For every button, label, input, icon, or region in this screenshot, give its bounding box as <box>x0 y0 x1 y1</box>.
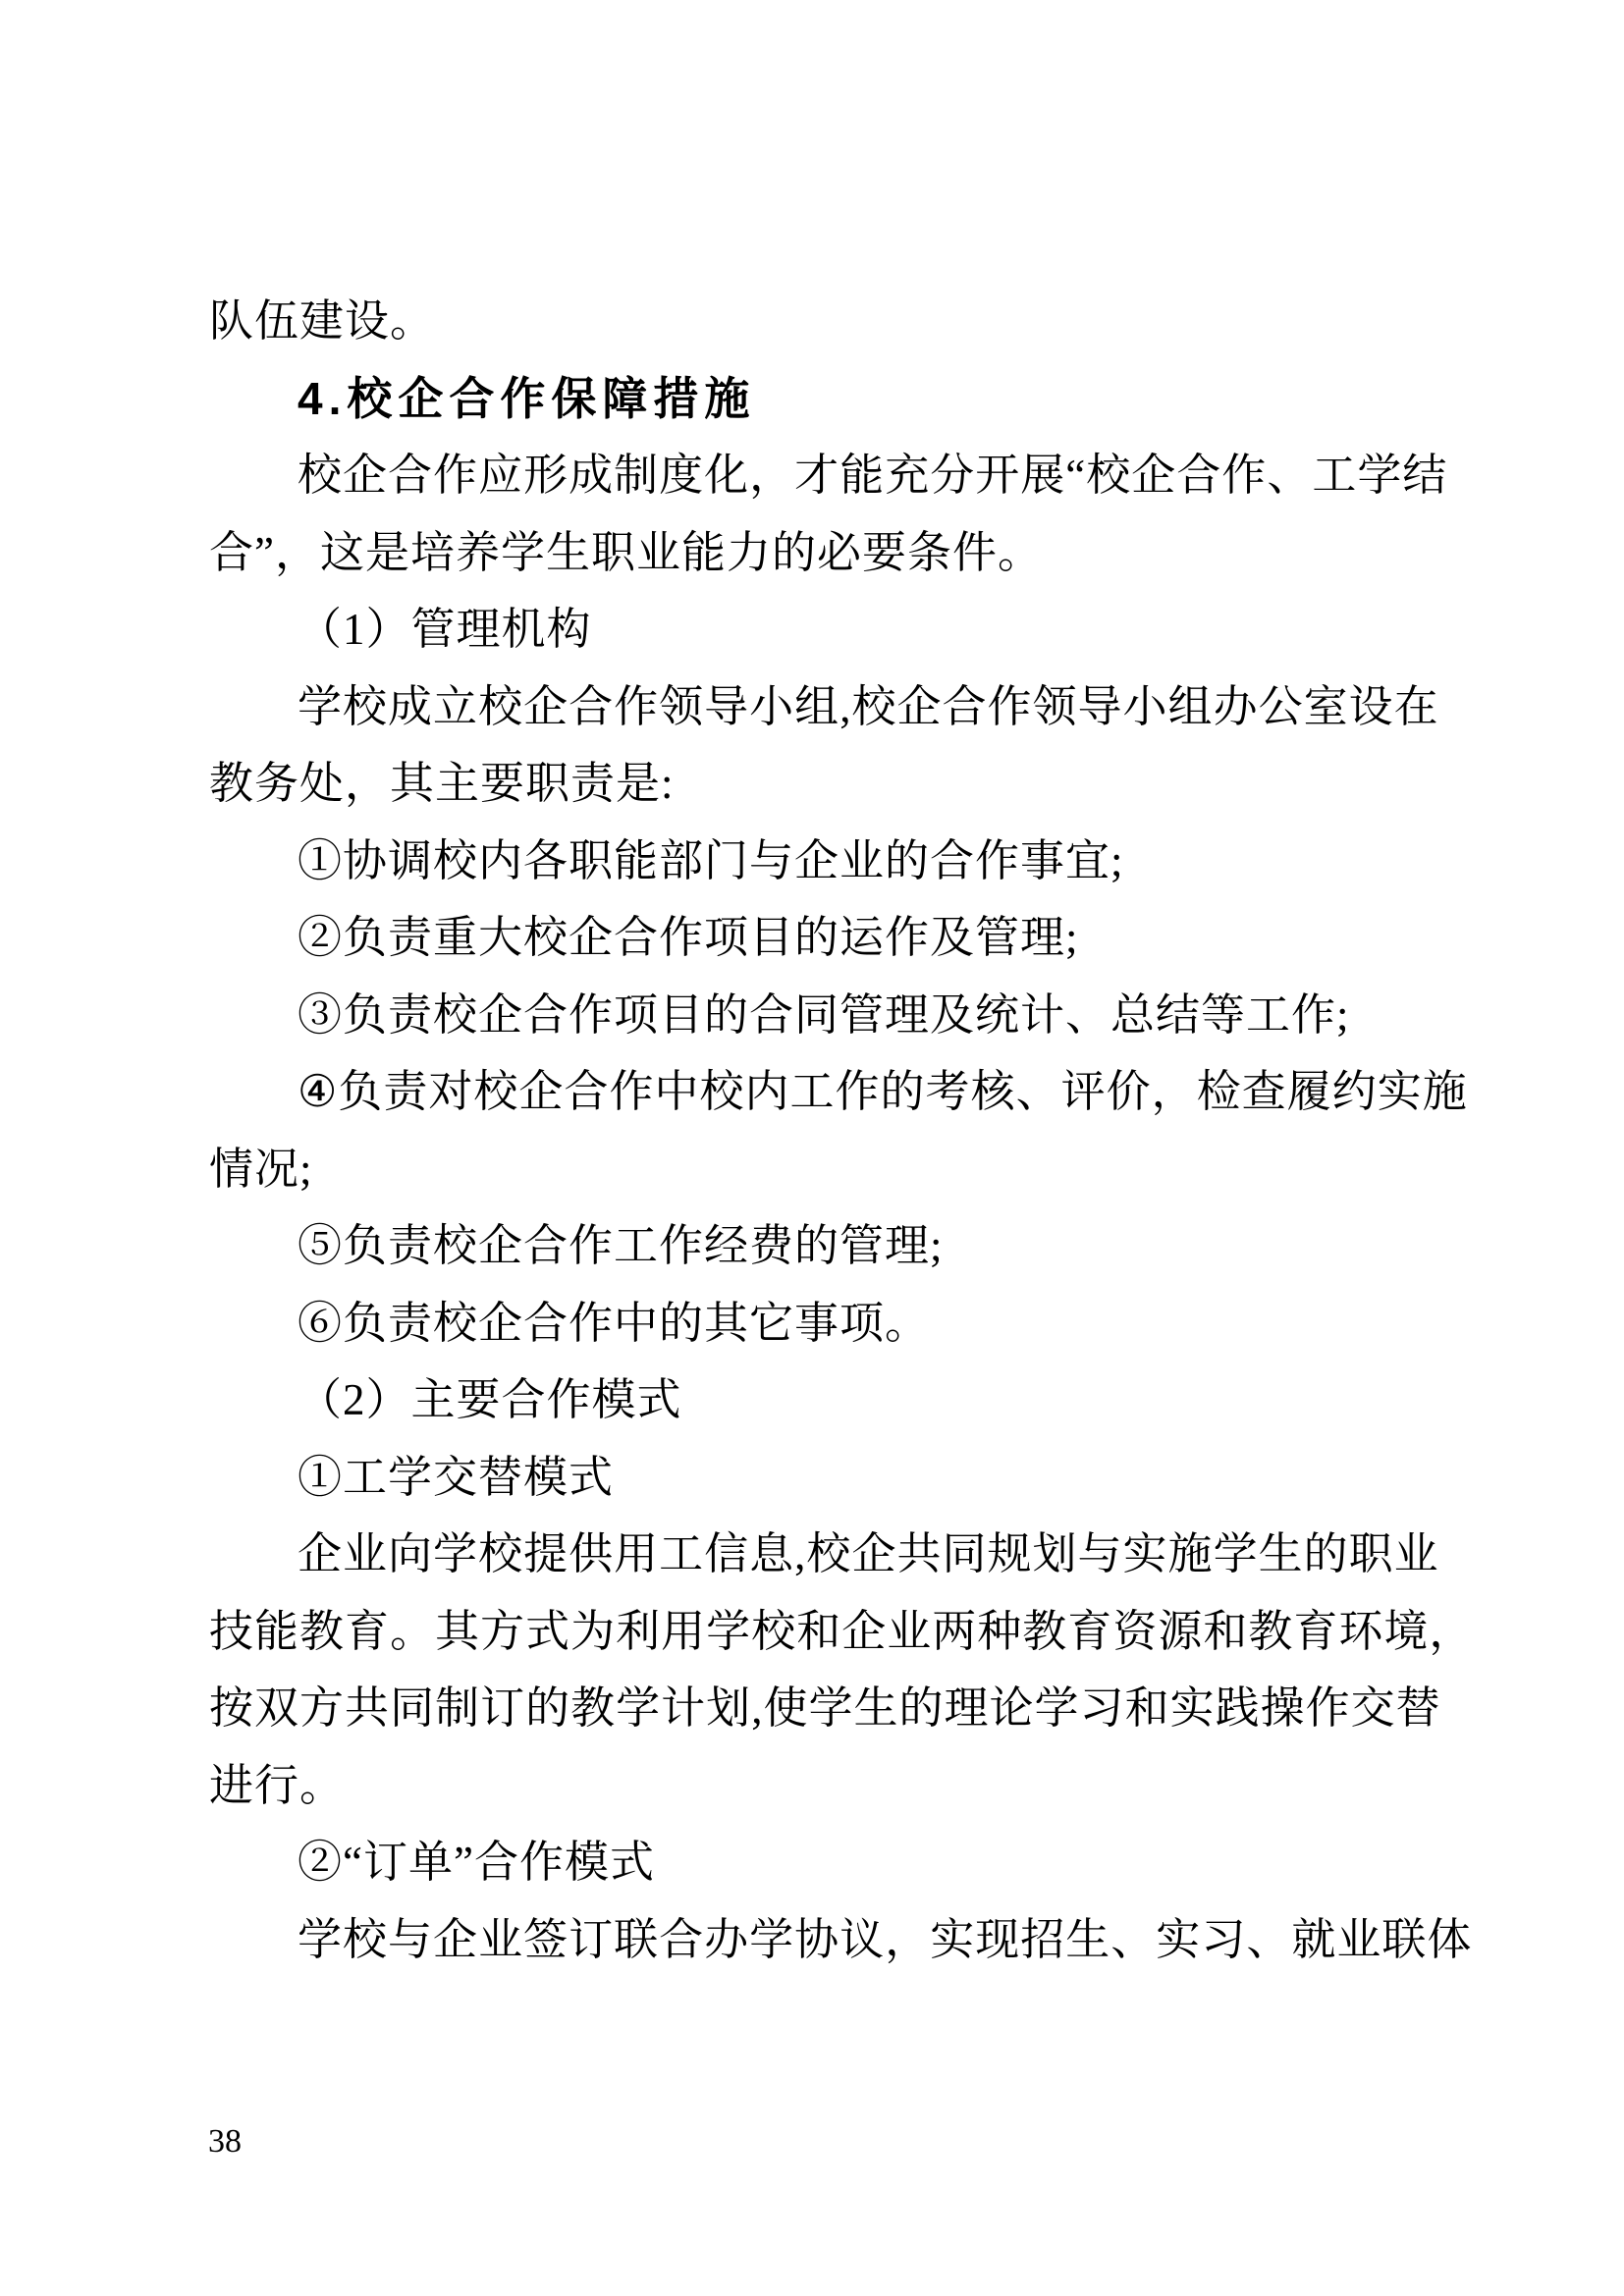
glyph: 合 <box>564 1053 609 1131</box>
glyph: ④ <box>298 1053 338 1131</box>
glyph: 和 <box>796 1593 841 1671</box>
glyph: 分 <box>930 437 975 514</box>
glyph: 教 <box>299 1593 345 1671</box>
glyph: 合 <box>568 668 614 746</box>
glyph: 导 <box>1078 668 1123 746</box>
glyph: 企 <box>518 1053 564 1131</box>
glyph: 实 <box>930 1901 975 1979</box>
glyph: 业 <box>478 1901 523 1979</box>
glyph: 现 <box>975 1901 1020 1979</box>
glyph: 制 <box>435 1670 480 1747</box>
glyph: 校 <box>851 668 896 746</box>
glyph: 按 <box>209 1670 254 1747</box>
glyph: 、 <box>1110 1901 1156 1979</box>
glyph: 签 <box>523 1901 568 1979</box>
glyph: 与 <box>388 1901 433 1979</box>
glyph: 、 <box>1267 437 1312 514</box>
glyph: 查 <box>1242 1053 1287 1131</box>
text-line: ⑥负责校企合作中的其它事项。 <box>209 1285 1411 1362</box>
glyph: 业 <box>343 1516 388 1593</box>
glyph: 的 <box>1304 1516 1349 1593</box>
glyph: 作 <box>987 668 1032 746</box>
glyph: 立 <box>433 668 478 746</box>
text-line: 学校成立校企合作领导小组,校企合作领导小组办公室设在 <box>209 668 1411 746</box>
glyph: 度 <box>659 437 704 514</box>
glyph: 、 <box>1016 1053 1061 1131</box>
glyph: 就 <box>1291 1901 1336 1979</box>
glyph: 成 <box>568 437 614 514</box>
glyph: 校 <box>806 1516 851 1593</box>
glyph: 施 <box>1168 1516 1214 1593</box>
glyph: 企 <box>896 668 942 746</box>
glyph: 信 <box>704 1516 749 1593</box>
text-line: 按双方共同制订的教学计划,使学生的理论学习和实践操作交替 <box>209 1670 1411 1747</box>
glyph: 领 <box>1033 668 1078 746</box>
glyph: 施 <box>1423 1053 1468 1131</box>
glyph: 业 <box>1394 1516 1439 1593</box>
glyph: 议 <box>839 1901 885 1979</box>
glyph: 合 <box>659 1901 704 1979</box>
glyph: 教 <box>1022 1593 1067 1671</box>
glyph: 提 <box>523 1516 568 1593</box>
glyph: 方 <box>299 1670 345 1747</box>
glyph: 校 <box>298 437 343 514</box>
text-line: ①协调校内各职能部门与企业的合作事宜; <box>209 823 1411 900</box>
glyph: 导 <box>704 668 749 746</box>
glyph: 公 <box>1259 668 1304 746</box>
glyph: 种 <box>977 1593 1022 1671</box>
glyph: 校 <box>343 668 388 746</box>
glyph: 作 <box>1306 1670 1351 1747</box>
glyph: 交 <box>1351 1670 1396 1747</box>
glyph: 校 <box>478 1516 523 1593</box>
document-page: 队伍建设。4.校企合作保障措施校企合作应形成制度化，才能充分开展“校企合作、工学… <box>0 0 1624 2296</box>
text-line: （1）管理机构 <box>209 591 1411 668</box>
glyph: 习 <box>1080 1670 1125 1747</box>
glyph: 企 <box>1131 437 1176 514</box>
glyph: ， <box>885 1901 930 1979</box>
glyph: 实 <box>1123 1516 1168 1593</box>
glyph: 学 <box>298 668 343 746</box>
glyph: 对 <box>428 1053 473 1131</box>
glyph: 小 <box>1123 668 1168 746</box>
glyph: ， <box>1152 1053 1197 1131</box>
glyph: 组 <box>794 668 839 746</box>
glyph: 办 <box>1214 668 1259 746</box>
text-block: 队伍建设。4.校企合作保障措施校企合作应形成制度化，才能充分开展“校企合作、工学… <box>209 283 1411 1978</box>
glyph: 、 <box>1246 1901 1291 1979</box>
glyph: 合 <box>1176 437 1221 514</box>
text-line: （2）主要合作模式 <box>209 1362 1411 1439</box>
glyph: 小 <box>749 668 794 746</box>
glyph: 生 <box>1065 1901 1110 1979</box>
glyph: 生 <box>853 1670 898 1747</box>
glyph: 充 <box>885 437 930 514</box>
glyph: 核 <box>971 1053 1016 1131</box>
glyph: 负 <box>338 1053 383 1131</box>
glyph: 工 <box>1312 437 1357 514</box>
glyph: 教 <box>570 1670 616 1747</box>
glyph: 形 <box>523 437 568 514</box>
glyph: 息 <box>749 1516 794 1593</box>
glyph: 检 <box>1197 1053 1242 1131</box>
glyph: , <box>839 668 851 746</box>
glyph: 内 <box>744 1053 789 1131</box>
glyph: 开 <box>975 437 1020 514</box>
glyph: 践 <box>1216 1670 1261 1747</box>
glyph: 论 <box>990 1670 1035 1747</box>
glyph: 工 <box>659 1516 704 1593</box>
glyph: 替 <box>1396 1670 1441 1747</box>
glyph: 划 <box>1033 1516 1078 1593</box>
glyph: 应 <box>478 437 523 514</box>
text-line: 学校与企业签订联合办学协议，实现招生、实习、就业联体 <box>209 1901 1411 1979</box>
glyph: 供 <box>568 1516 614 1593</box>
glyph: “ <box>1065 437 1086 514</box>
glyph: 生 <box>1259 1516 1304 1593</box>
glyph: 体 <box>1427 1901 1472 1979</box>
glyph: 。 <box>390 1593 435 1671</box>
glyph: 作 <box>836 1053 881 1131</box>
glyph: 订 <box>480 1670 525 1747</box>
glyph: 同 <box>390 1670 435 1747</box>
text-line: 技能教育。其方式为利用学校和企业两种教育资源和教育环境， <box>209 1593 1411 1671</box>
glyph: 育 <box>1067 1593 1112 1671</box>
glyph: 式 <box>525 1593 570 1671</box>
glyph: 校 <box>751 1593 796 1671</box>
glyph: 业 <box>887 1593 932 1671</box>
glyph: 合 <box>942 668 987 746</box>
glyph: 方 <box>480 1593 525 1671</box>
glyph: 理 <box>945 1670 990 1747</box>
glyph: 化 <box>704 437 749 514</box>
glyph: 教 <box>1248 1593 1293 1671</box>
glyph: 用 <box>661 1593 706 1671</box>
glyph: 为 <box>570 1593 616 1671</box>
glyph: 学 <box>1214 1516 1259 1593</box>
glyph: 其 <box>435 1593 480 1671</box>
text-line: 情况; <box>209 1131 1411 1208</box>
glyph: 作 <box>614 668 659 746</box>
text-line: ⑤负责校企合作工作经费的管理; <box>209 1207 1411 1285</box>
glyph: 工 <box>790 1053 836 1131</box>
glyph: 能 <box>254 1593 299 1671</box>
glyph: 校 <box>343 1901 388 1979</box>
glyph: 评 <box>1061 1053 1107 1131</box>
glyph: 实 <box>1378 1053 1423 1131</box>
glyph: 同 <box>942 1516 987 1593</box>
glyph: 共 <box>345 1670 390 1747</box>
glyph: 共 <box>896 1516 942 1593</box>
glyph: , <box>794 1516 806 1593</box>
glyph: 联 <box>614 1901 659 1979</box>
glyph: 作 <box>1221 437 1267 514</box>
text-line: 企业向学校提供用工信息,校企共同规划与实施学生的职业 <box>209 1516 1411 1593</box>
glyph: 育 <box>345 1593 390 1671</box>
glyph: 校 <box>699 1053 744 1131</box>
glyph: 才 <box>794 437 839 514</box>
glyph: 价 <box>1107 1053 1152 1131</box>
glyph: 计 <box>661 1670 706 1747</box>
glyph: 设 <box>1349 668 1394 746</box>
glyph: 环 <box>1338 1593 1383 1671</box>
glyph: 与 <box>1078 1516 1123 1593</box>
glyph: 校 <box>473 1053 518 1131</box>
glyph: 中 <box>654 1053 699 1131</box>
glyph: 的 <box>898 1670 944 1747</box>
glyph: 划 <box>706 1670 751 1747</box>
glyph: 履 <box>1287 1053 1332 1131</box>
glyph: 展 <box>1020 437 1065 514</box>
glyph: 学 <box>706 1593 751 1671</box>
glyph: 校 <box>1086 437 1131 514</box>
glyph: 作 <box>433 437 478 514</box>
glyph: 和 <box>1125 1670 1170 1747</box>
glyph: 校 <box>478 668 523 746</box>
glyph: 两 <box>932 1593 977 1671</box>
glyph: 约 <box>1332 1053 1378 1131</box>
text-line: 教务处，其主要职责是: <box>209 745 1411 823</box>
glyph: 利 <box>616 1593 661 1671</box>
glyph: 考 <box>926 1053 971 1131</box>
glyph: 联 <box>1381 1901 1427 1979</box>
glyph: 责 <box>383 1053 428 1131</box>
section-heading: 4.校企合作保障措施 <box>209 360 1411 438</box>
glyph: 双 <box>254 1670 299 1747</box>
glyph: 使 <box>763 1670 808 1747</box>
glyph: 办 <box>704 1901 749 1979</box>
glyph: 企 <box>433 1901 478 1979</box>
glyph: 企 <box>298 1516 343 1593</box>
glyph: 技 <box>209 1593 254 1671</box>
glyph: 企 <box>523 668 568 746</box>
glyph: 学 <box>1035 1670 1080 1747</box>
glyph: 规 <box>987 1516 1032 1593</box>
text-line: ④负责对校企合作中校内工作的考核、评价，检查履约实施 <box>209 1053 1411 1131</box>
glyph: 招 <box>1020 1901 1065 1979</box>
glyph: 室 <box>1304 668 1349 746</box>
glyph: , <box>751 1670 763 1747</box>
glyph: 学 <box>749 1901 794 1979</box>
glyph: ， <box>1429 1593 1474 1671</box>
text-line: 进行。 <box>209 1747 1411 1825</box>
glyph: ， <box>749 437 794 514</box>
glyph: 协 <box>794 1901 839 1979</box>
glyph: 用 <box>614 1516 659 1593</box>
glyph: 和 <box>1203 1593 1248 1671</box>
glyph: 学 <box>1357 437 1402 514</box>
glyph: 职 <box>1349 1516 1394 1593</box>
glyph: 业 <box>1336 1901 1381 1979</box>
glyph: 向 <box>388 1516 433 1593</box>
text-line: ①工学交替模式 <box>209 1439 1411 1517</box>
glyph: 在 <box>1394 668 1439 746</box>
text-line: 合”，这是培养学生职业能力的必要条件。 <box>209 514 1411 592</box>
text-line: ②负责重大校企合作项目的运作及管理; <box>209 899 1411 977</box>
glyph: 实 <box>1170 1670 1216 1747</box>
glyph: 实 <box>1156 1901 1201 1979</box>
glyph: 操 <box>1261 1670 1306 1747</box>
text-line: 校企合作应形成制度化，才能充分开展“校企合作、工学结 <box>209 437 1411 514</box>
glyph: 的 <box>881 1053 926 1131</box>
glyph: 源 <box>1158 1593 1203 1671</box>
glyph: 学 <box>433 1516 478 1593</box>
glyph: 成 <box>388 668 433 746</box>
glyph: 学 <box>298 1901 343 1979</box>
glyph: 领 <box>659 668 704 746</box>
glyph: 能 <box>839 437 885 514</box>
text-line: ③负责校企合作项目的合同管理及统计、总结等工作; <box>209 977 1411 1054</box>
glyph: 资 <box>1112 1593 1158 1671</box>
text-line: ②“订单”合作模式 <box>209 1824 1411 1901</box>
glyph: 作 <box>609 1053 654 1131</box>
page-number: 38 <box>208 2122 242 2162</box>
glyph: 企 <box>841 1593 887 1671</box>
glyph: 学 <box>616 1670 661 1747</box>
glyph: 企 <box>851 1516 896 1593</box>
glyph: 学 <box>808 1670 853 1747</box>
glyph: 习 <box>1201 1901 1246 1979</box>
glyph: 境 <box>1383 1593 1429 1671</box>
glyph: 结 <box>1402 437 1447 514</box>
glyph: 育 <box>1293 1593 1338 1671</box>
glyph: 订 <box>568 1901 614 1979</box>
glyph: 企 <box>343 437 388 514</box>
text-line: 队伍建设。 <box>209 283 1411 360</box>
glyph: 的 <box>525 1670 570 1747</box>
glyph: 组 <box>1168 668 1214 746</box>
glyph: 合 <box>388 437 433 514</box>
glyph: 制 <box>614 437 659 514</box>
